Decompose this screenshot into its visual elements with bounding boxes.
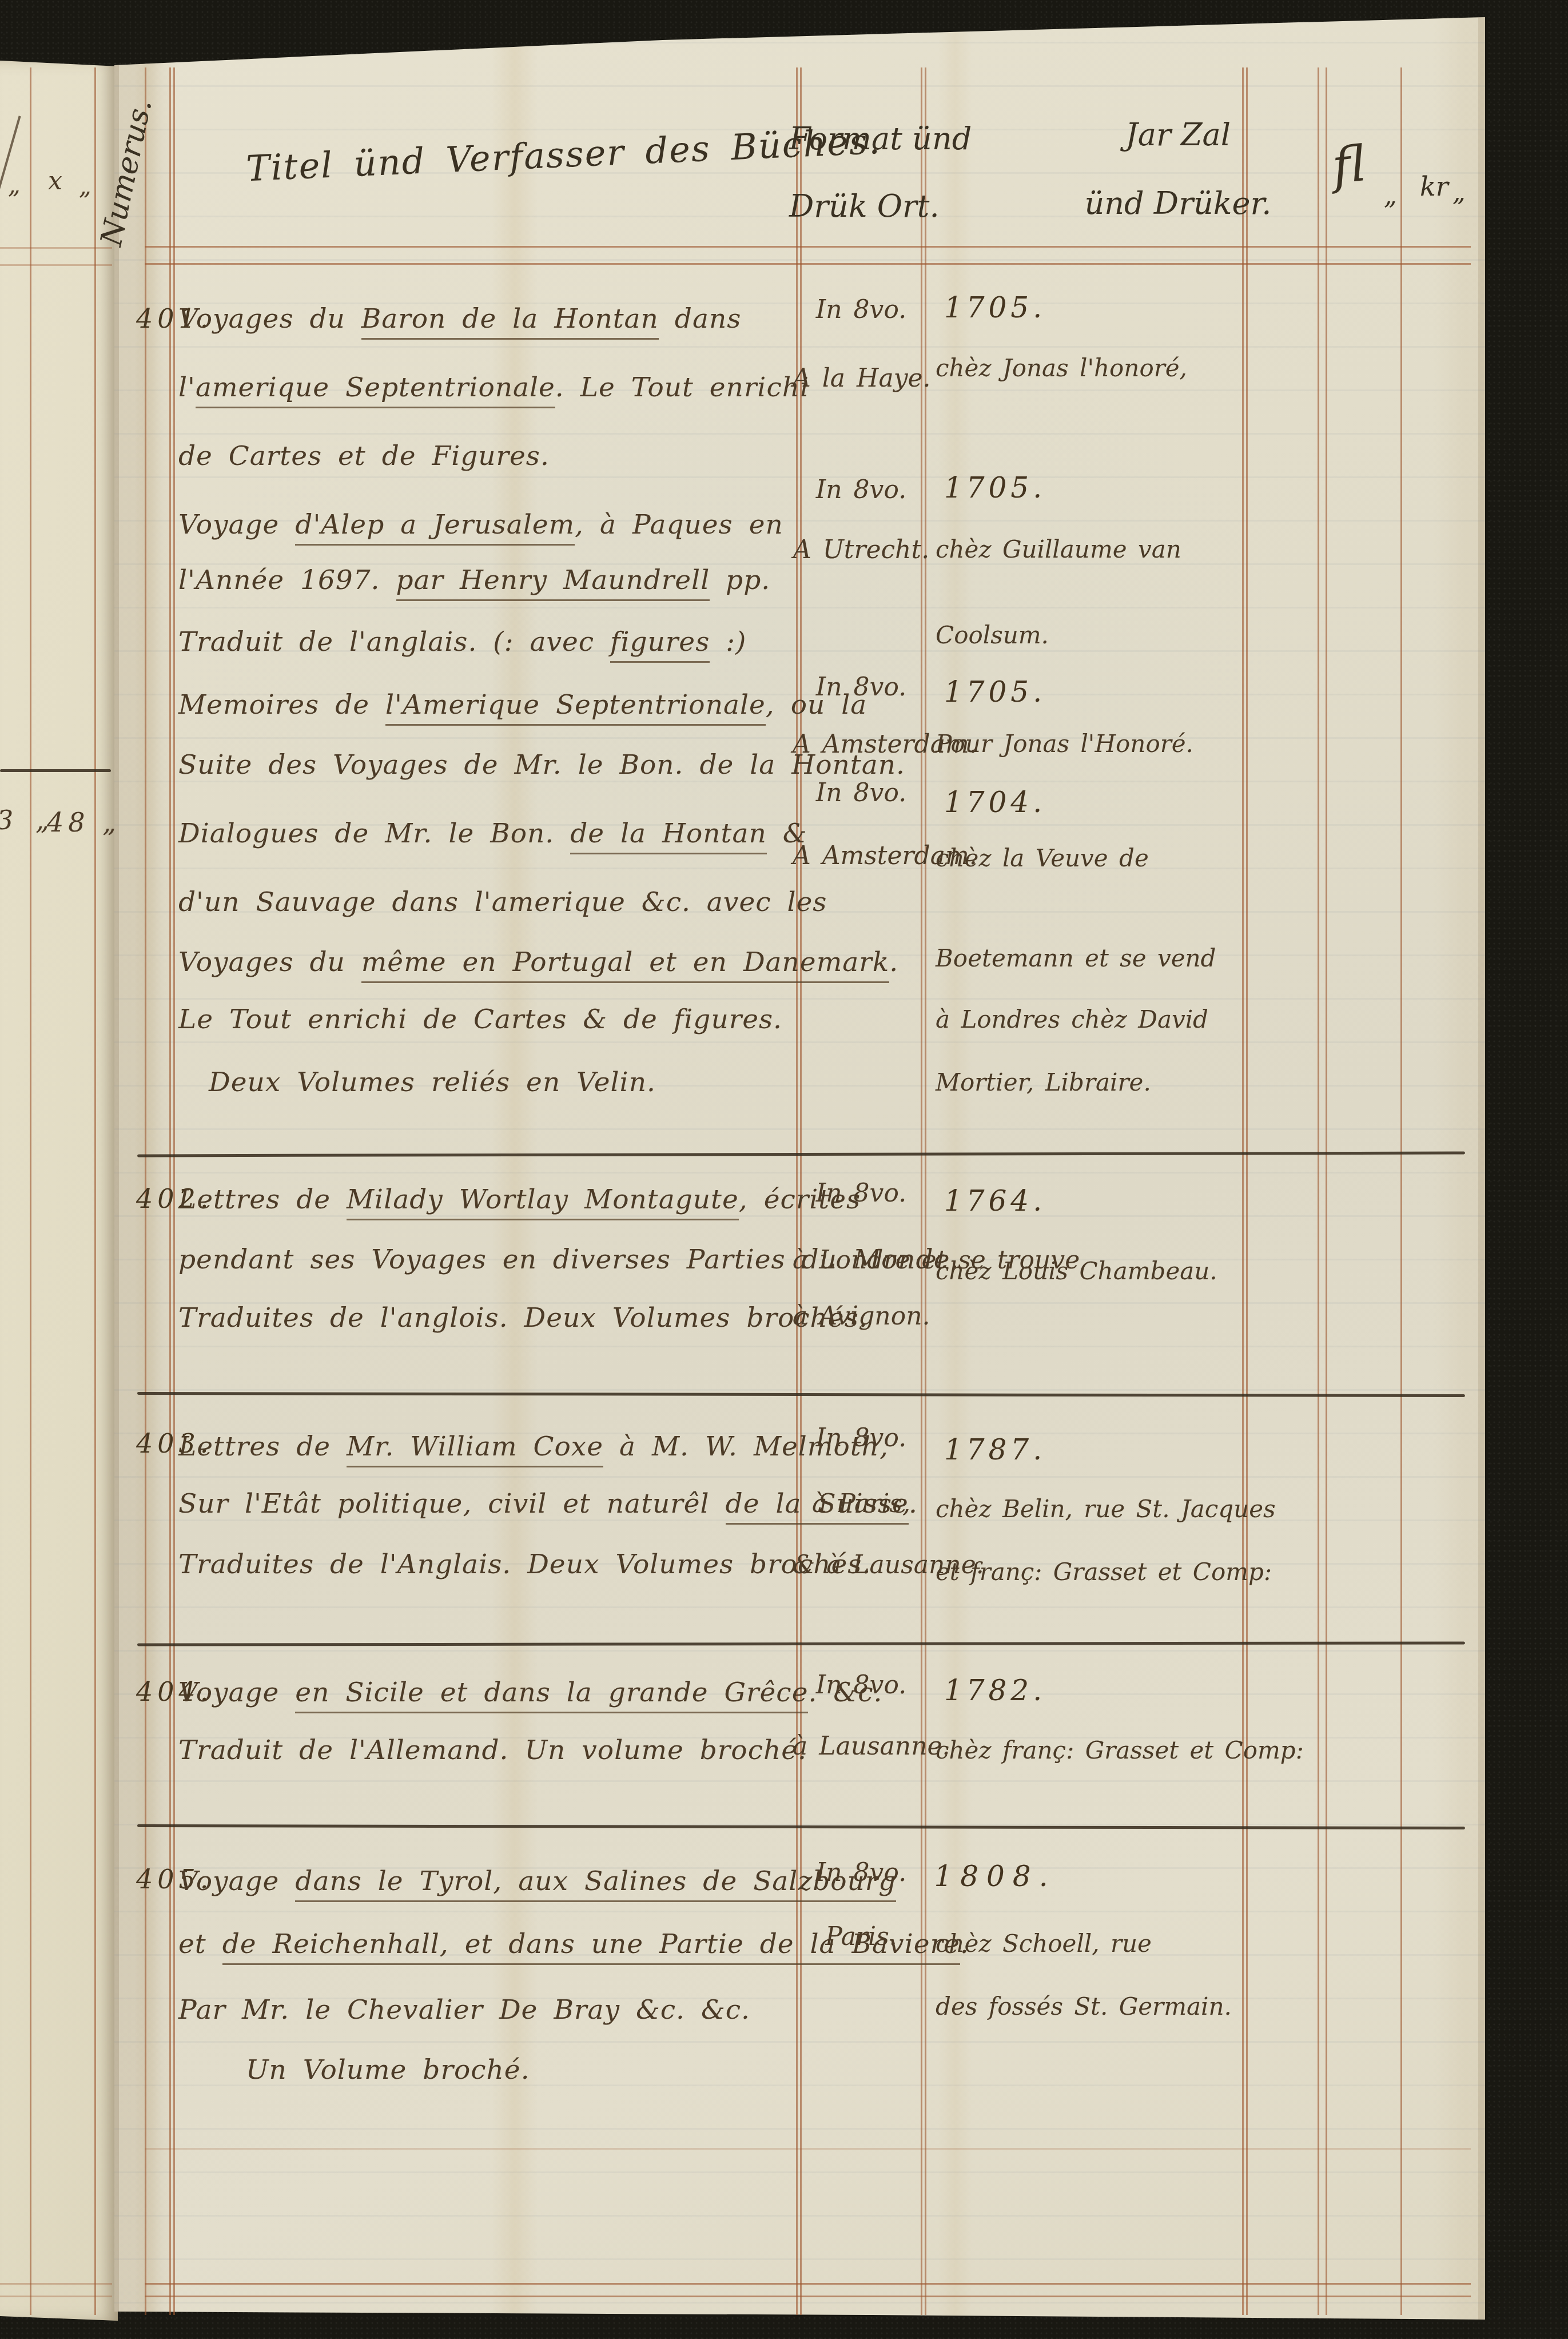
entry-year: 1704. [929, 786, 1061, 820]
title-text: Par Mr. le Chevalier De Bray &c. &c. [178, 1994, 750, 2026]
entry-format-line: In 8vo. [793, 476, 930, 505]
entry-printer-line: chèz Guillaume van [936, 536, 1181, 563]
title-text: Traduit de l'anglais. (: avec [178, 626, 610, 658]
entry-title-line: Voyages du même en Portugal et en Danema… [178, 947, 898, 978]
entry-printer-line: chèz franç: Grasset et Comp: [936, 1737, 1304, 1764]
fl-ditto-mark: „ [1384, 182, 1397, 211]
format-column-header-line2: Drük Ort. [789, 189, 932, 224]
underlined-text: en Sicile et dans la grande Grêce [295, 1677, 808, 1713]
entry-title-line: Voyage d'Alep a Jerusalem, à Paques en [178, 510, 783, 540]
entry-printer-line: chèz Jonas l'honoré, [936, 355, 1187, 382]
column-rule-fl-left [1318, 67, 1319, 2315]
entry-printer-line: des fossés St. Germain. [936, 1993, 1232, 2020]
title-text: . Le Tout enrichi [555, 372, 809, 403]
entry-title-line: Traduites de l'Anglais. Deux Volumes bro… [178, 1549, 871, 1580]
prev-page-column-rule [94, 67, 96, 2315]
prev-page-amount-kr: 48 „ [47, 807, 121, 838]
entry-title-line: Lettres de Mr. William Coxe à M. W. Melm… [178, 1431, 889, 1462]
entry-format-line: à Paris, [793, 1490, 930, 1519]
column-rule-year-right [1246, 67, 1248, 2315]
paper-stain [938, 0, 972, 2339]
entry-title-line: Voyages du Baron de la Hontan dans [178, 304, 741, 335]
entry-title-line: Le Tout enrichi de Cartes & de figures. [178, 1004, 782, 1035]
title-text: Lettres de [178, 1431, 347, 1462]
header-bottom-rule [145, 246, 1471, 248]
entry-year: 1782. [929, 1674, 1061, 1708]
prev-page-ditto-mark: „ [79, 173, 91, 200]
entry-title-line: Memoires de l'Amerique Septentrionale, o… [178, 690, 867, 721]
title-text: Dialogues de Mr. le Bon. [178, 818, 570, 849]
year-column-header-line2: ünd Drüker. [1064, 186, 1292, 221]
entry-format-line: In 8vo. [793, 1859, 930, 1888]
title-text: et [178, 1928, 222, 1960]
entry-format-line: In 8vo. [793, 1424, 930, 1453]
entry-format-line: & à Lausanne. [793, 1551, 930, 1580]
title-text: Voyages du [178, 303, 361, 335]
format-column-header-line1: Format ünd [789, 121, 932, 157]
page-bottom-rule [145, 2296, 1471, 2297]
entry-printer-line: Pour Jonas l'Honoré. [936, 730, 1193, 758]
title-text: Traduit de l'Allemand. Un volume broché. [178, 1735, 807, 1766]
entry-format-line: In 8vo. [793, 673, 930, 702]
entry-year: 1787. [929, 1434, 1061, 1467]
title-text: Un Volume broché. [246, 2054, 530, 2086]
entry-format-line: à Lausanne. [793, 1732, 930, 1761]
title-text: Deux Volumes reliés en Velin. [209, 1067, 656, 1098]
title-text: dans [659, 303, 741, 335]
entry-title-line: Voyage dans le Tyrol, aux Salines de Sal… [178, 1866, 896, 1897]
entry-format-line: à Avignon. [793, 1302, 930, 1331]
entry-title-line: de Cartes et de Figures. [178, 441, 550, 472]
entry-printer-line: Boetemann et se vend [936, 945, 1216, 972]
entry-printer-line: à Londres chèz David [936, 1006, 1208, 1033]
title-text: Memoires de [178, 689, 385, 721]
title-text: pp. [710, 564, 770, 596]
column-rule-fl-left [1326, 67, 1327, 2315]
entry-printer-line: chèz Louis Chambeau. [936, 1258, 1217, 1285]
entry-year: 1764. [929, 1185, 1061, 1218]
column-rule-year-right [1242, 67, 1244, 2315]
prev-page-mark: x [48, 167, 62, 196]
prev-page-header-rule [0, 264, 112, 266]
entry-format-line: In 8vo. [793, 779, 930, 808]
title-text: Sur l'Etât politique, civil et naturêl [178, 1488, 726, 1519]
title-text: de Cartes et de Figures. [178, 440, 550, 472]
page-bottom-rule [145, 2283, 1471, 2285]
kr-column-header: kr [1420, 172, 1448, 202]
underlined-text: par Henry Maundrell [396, 564, 710, 601]
entry-format-line: A Amsterdam. [793, 842, 930, 871]
underlined-text: amerique Septentrionale [196, 372, 555, 408]
entry-title-line: Lettres de Milady Wortlay Montagute, écr… [178, 1184, 861, 1215]
entry-format-line: In 8vo. [793, 1179, 930, 1208]
year-column-header-line1: Jar Zal [1064, 117, 1292, 153]
paper-stain [492, 0, 538, 2339]
title-text: Le Tout enrichi de Cartes & de figures. [178, 1004, 782, 1035]
underlined-text: l'Amerique Septentrionale [385, 689, 766, 726]
underlined-text: d'Alep a Jerusalem [295, 509, 575, 546]
entry-format-line: A Utrecht. [793, 536, 930, 565]
title-text: Traduites de l'anglois. Deux Volumes bro… [178, 1302, 868, 1334]
entry-title-line: Traduit de l'anglais. (: avec figures :) [178, 627, 746, 658]
entry-title-line: Dialogues de Mr. le Bon. de la Hontan & [178, 818, 807, 849]
prev-page-entry-separator [0, 769, 111, 772]
title-text: l' [178, 372, 196, 403]
entry-printer-line: Coolsum. [936, 622, 1049, 649]
title-text: , à Paques en [575, 509, 783, 540]
entry-year: 1705. [929, 292, 1061, 325]
prev-page-ditto-mark: „ [8, 172, 21, 199]
entry-year: 1705. [929, 676, 1061, 709]
entry-printer-line: chèz Schoell, rue [936, 1930, 1152, 1958]
entry-printer-line: chèz Belin, rue St. Jacques [936, 1495, 1276, 1523]
entry-format-line: A Amsterdam. [793, 730, 930, 759]
manuscript-scan: „ x „ 3 „ 48 „ Numerus. Titel ünd Verfas… [0, 0, 1568, 2339]
column-rule-kr-left [1400, 67, 1402, 2315]
entry-title-line: Traduites de l'anglois. Deux Volumes bro… [178, 1303, 868, 1334]
header-bottom-rule [145, 263, 1471, 265]
entry-title-line: Un Volume broché. [246, 2055, 530, 2086]
entry-format-line: Paris. [793, 1923, 930, 1952]
paper-stain [135, 0, 161, 2339]
title-text: Voyage [178, 1677, 295, 1708]
entry-format-line: A la Haye. [793, 364, 930, 393]
entry-format-line: In 8vo. [793, 1671, 930, 1700]
entry-title-line: l'amerique Septentrionale. Le Tout enric… [178, 372, 809, 403]
title-text: Lettres de [178, 1184, 347, 1215]
entry-format-line: à Londre et se trouve [793, 1246, 930, 1275]
title-text: . [889, 946, 898, 978]
entry-title-line: d'un Sauvage dans l'amerique &c. avec le… [178, 887, 827, 918]
entry-printer-line: et franç: Grasset et Comp: [936, 1558, 1272, 1586]
previous-page-edge [0, 61, 118, 2321]
prev-page-bottom-rule [0, 2283, 112, 2285]
prev-page-bottom-rule [0, 2296, 112, 2297]
title-text: :) [710, 626, 746, 658]
underlined-text: de la Hontan [570, 818, 767, 854]
entry-title-line: Par Mr. le Chevalier De Bray &c. &c. [178, 1995, 750, 2026]
title-text: l'Année 1697. [178, 564, 396, 596]
entry-printer-line: Mortier, Libraire. [936, 1069, 1151, 1096]
title-text: Voyage [178, 1865, 295, 1897]
kr-ditto-mark: „ [1452, 178, 1466, 208]
entry-title-line: Deux Volumes reliés en Velin. [209, 1067, 656, 1098]
entry-format-line: In 8vo. [793, 296, 930, 325]
faint-row-rule [145, 2148, 1471, 2150]
underlined-text: Milady Wortlay Montagute [347, 1184, 739, 1220]
title-text: d'un Sauvage dans l'amerique &c. avec le… [178, 886, 827, 918]
underlined-text: même en Portugal et en Danemark [361, 946, 889, 983]
title-text: Traduites de l'Anglais. Deux Volumes bro… [178, 1549, 871, 1580]
entry-printer-line: chèz la Veuve de [936, 845, 1149, 872]
title-text: Voyages du [178, 946, 361, 978]
entry-title-line: Traduit de l'Allemand. Un volume broché. [178, 1735, 807, 1766]
entry-title-line: l'Année 1697. par Henry Maundrell pp. [178, 565, 770, 596]
title-text: Voyage [178, 509, 295, 540]
underlined-text: Mr. William Coxe [347, 1431, 603, 1467]
fl-column-header: fl [1330, 136, 1368, 195]
underlined-text: figures [610, 626, 710, 663]
entry-year: 1705. [929, 472, 1061, 505]
underlined-text: Baron de la Hontan [361, 303, 659, 340]
entry-year: 1808. [929, 1860, 1061, 1894]
prev-page-column-rule [30, 67, 31, 2315]
entry-title-line: Voyage en Sicile et dans la grande Grêce… [178, 1677, 882, 1708]
